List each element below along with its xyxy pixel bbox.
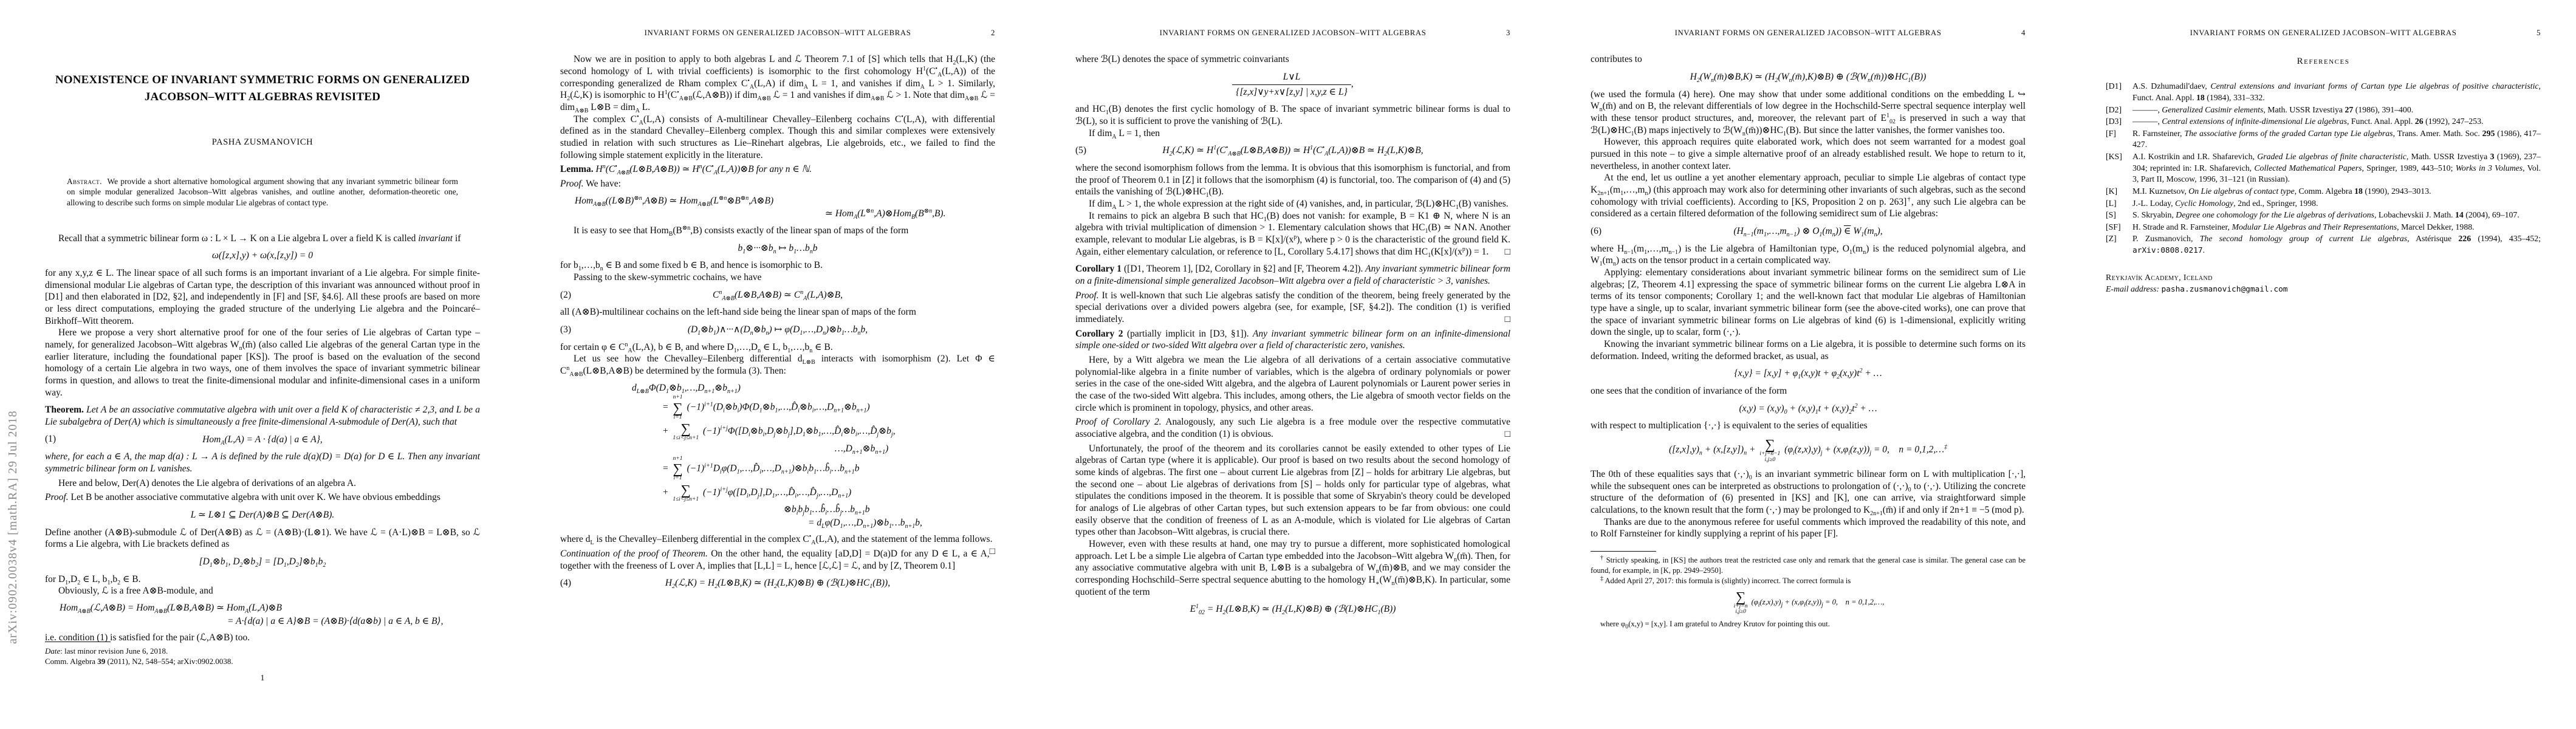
- page-number: 3: [1506, 28, 1510, 38]
- email-address: pasha.zusmanovich@gmail.com: [2161, 285, 2287, 294]
- corollary-1-label: Corollary 1: [1075, 264, 1122, 274]
- equation-line: = n+1∑i=1 (−1)i+1(Di⊗bi)Φ(D1⊗b1,…,D̂i⊗bi…: [560, 395, 995, 420]
- corollary-1-citation: ([D1, Theorem 1], [D2, Corollary in §2] …: [1124, 264, 1363, 274]
- reference-label: [L]: [2106, 198, 2132, 210]
- paragraph: Unfortunately, the proof of the theorem …: [1075, 443, 1510, 538]
- page-2-content: INVARIANT FORMS ON GENERALIZED JACOBSON–…: [560, 0, 995, 595]
- running-header-title: INVARIANT FORMS ON GENERALIZED JACOBSON–…: [1675, 29, 1942, 37]
- paragraph: Recall that a symmetric bilinear form ω …: [45, 233, 480, 245]
- paragraph: However, even with these results at hand…: [1075, 538, 1510, 598]
- page-3-content: INVARIANT FORMS ON GENERALIZED JACOBSON–…: [1075, 0, 1510, 621]
- page-1: arXiv:0902.0038v4 [math.RA] 29 Jul 2018 …: [0, 0, 515, 729]
- footnote-ddagger: ‡ Added April 27, 2017: this formula is …: [1591, 576, 2026, 586]
- equation-e02: E102 = H2(L⊗B,K) ≃ (H2(L,K)⊗B) ⊕ (ℬ(L)⊗H…: [1075, 603, 1510, 615]
- proof: Proof. Let B be another associative comm…: [45, 491, 480, 504]
- equation-1-formula: HomA(L,A) = A · {d(a) | a ∈ A},: [202, 434, 323, 445]
- paragraph: all (A⊗B)-multilinear cochains on the le…: [560, 306, 995, 318]
- paper-title: NONEXISTENCE OF INVARIANT SYMMETRIC FORM…: [45, 72, 480, 105]
- paragraph: Here we propose a very short alternative…: [45, 327, 480, 399]
- equation-embeddings: L ≃ L⊗1 ⊆ Der(A)⊗B ⊆ Der(A⊗B).: [45, 509, 480, 521]
- reference-label: [F]: [2106, 128, 2132, 151]
- equation-line: HomA⊗B(ℒ,A⊗B) = HomA⊗B(L⊗B,A⊗B) ≃ HomA(L…: [45, 602, 480, 614]
- equation-2-number: (2): [560, 289, 571, 301]
- footnote-dagger: † Strictly speaking, in [KS] the authors…: [1591, 555, 2026, 576]
- reference-text: M.I. Kuznetsov, On Lie algebras of conta…: [2132, 186, 2541, 197]
- references-list: [D1]A.S. Dzhumadil'daev, Central extensi…: [2106, 81, 2541, 256]
- equation-4-formula: H2(ℒ,K) = H2(L⊗B,K) ≃ (H2(L,K)⊗B) ⊕ (ℬ(L…: [665, 578, 890, 588]
- proof: Proof. It is well-known that such Lie al…: [1075, 290, 1510, 326]
- page-4-content: INVARIANT FORMS ON GENERALIZED JACOBSON–…: [1591, 0, 2026, 629]
- paragraph: Knowing the invariant symmetric bilinear…: [1591, 338, 2026, 362]
- equation-span-maps: b1⊗···⊗bn ↦ b1…bnb: [560, 242, 995, 255]
- page-number: 2: [991, 28, 995, 38]
- email-label: E-mail address:: [2106, 284, 2159, 293]
- equation-5-number: (5): [1075, 145, 1086, 157]
- equation-1: (1)HomA(L,A) = A · {d(a) | a ∈ A},: [45, 434, 480, 446]
- reference-text: A.I. Kostrikin and I.R. Shafarevich, Gra…: [2132, 151, 2541, 185]
- reference-label: [SF]: [2106, 222, 2132, 233]
- equation-line: = A·{d(a) | a ∈ A}⊗B = (A⊗B)·⟨d(a⊗b) | a…: [45, 615, 480, 628]
- page-4: INVARIANT FORMS ON GENERALIZED JACOBSON–…: [1546, 0, 2061, 729]
- footnote-text: where φ0(x,y) = [x,y]. I am grateful to …: [1591, 619, 2026, 629]
- page-number: 1: [45, 673, 480, 684]
- equation-3-number: (3): [560, 324, 571, 336]
- lemma-text: Hn(C•A⊗B(L⊗B,A⊗B)) ≃ Hn(C•A(L,A))⊗B for …: [596, 164, 812, 174]
- reference-item: [KS]A.I. Kostrikin and I.R. Shafarevich,…: [2106, 151, 2541, 185]
- proof-label: Proof.: [1075, 290, 1099, 301]
- paragraph: where the second isomorphism follows fro…: [1075, 162, 1510, 198]
- paragraph: If dimA L = 1, then: [1075, 128, 1510, 140]
- corollary-2-label: Corollary 2: [1075, 329, 1123, 339]
- equation-2-formula: CnA⊗B(L⊗B,A⊗B) ≃ CnA(L,A)⊗B,: [713, 290, 843, 300]
- equation-deformed-bracket: {x,y} = [x,y] + φ1(x,y)t + φ2(x,y)t2 + …: [1591, 368, 2026, 380]
- paragraph: At the end, let us outline a yet another…: [1591, 172, 2026, 220]
- equation-6-number: (6): [1591, 225, 1601, 238]
- lemma-label: Lemma.: [560, 164, 594, 174]
- reference-item: [SF]H. Strade and R. Farnsteiner, Modula…: [2106, 222, 2541, 233]
- reference-text: S. Skryabin, Degree one cohomology for t…: [2132, 210, 2541, 221]
- equation-form-series: (x,y) = (x,y)0 + (x,y)1t + (x,y)2t2 + …: [1591, 403, 2026, 415]
- paragraph: Applying: elementary considerations abou…: [1591, 267, 2026, 338]
- equation-3-formula: (D1⊗b1)∧···∧(Dn⊗bn) ↦ φ(D1,…,Dn)⊗b1…bnb,: [688, 324, 868, 335]
- paragraph: (we used the formula (4) here). One may …: [1591, 89, 2026, 137]
- proof-label: Proof.: [45, 492, 69, 502]
- page-2: INVARIANT FORMS ON GENERALIZED JACOBSON–…: [515, 0, 1030, 729]
- paragraph: one sees that the condition of invarianc…: [1591, 385, 2026, 397]
- footnote-rule: [1591, 551, 1656, 552]
- reference-text: ———, Central extensions of infinite-dime…: [2132, 116, 2541, 128]
- paragraph: for any x,y,z ∈ L. The linear space of a…: [45, 267, 480, 327]
- equation-line: + ∑1≤i<j≤n+1 (−1)i+jΦ([Di⊗bi,Dj⊗bj],D1⊗b…: [560, 422, 995, 442]
- proof-text: Let B be another associative commutative…: [70, 492, 440, 502]
- equation-5-formula: H2(ℒ,K) ≃ H1(C•A⊗B(L⊗B,A⊗B)) ≃ H1(C•A(L,…: [1162, 145, 1423, 156]
- proof: Proof of Corollary 2. Analogously, any s…: [1075, 416, 1510, 440]
- paragraph: It remains to pick an algebra B such tha…: [1075, 210, 1510, 258]
- paragraph: for b1,…,bn ∈ B and some fixed b ∈ B, an…: [560, 259, 995, 272]
- proof-text: It is well-known that such Lie algebras …: [1075, 290, 1510, 324]
- reference-label: [KS]: [2106, 151, 2132, 185]
- equation-bracket: [D1⊗b1, D2⊗b2] = [D1,D2]⊗b1b2: [45, 556, 480, 568]
- affiliation: Reykjavík Academy, Iceland: [2106, 272, 2541, 283]
- running-header-title: INVARIANT FORMS ON GENERALIZED JACOBSON–…: [645, 29, 911, 37]
- footnote-equation: ∑i+j=ni,j≥0 (φi(z,x),y)j + (x,φi(z,y))j …: [1591, 590, 2026, 615]
- equation-invariance: ω([z,x],y) + ω(x,[z,y]) = 0: [45, 250, 480, 262]
- theorem-continuation: where, for each a ∈ A, the map d(a) : L …: [45, 451, 480, 474]
- reference-item: [D3]———, Central extensions of infinite-…: [2106, 116, 2541, 128]
- paragraph: Now we are in position to apply to both …: [560, 53, 995, 113]
- paragraph: However, this approach requires quite el…: [1591, 136, 2026, 172]
- equation-4-number: (4): [560, 577, 571, 589]
- reference-item: [K]M.I. Kuznetsov, On Lie algebras of co…: [2106, 186, 2541, 197]
- proof-label: Proof of Corollary 2.: [1075, 417, 1162, 427]
- paragraph: Obviously, ℒ is a free A⊗B-module, and: [45, 585, 480, 597]
- equation-h2-wn: H2(Wn(m̄)⊗B,K) ≃ (H2(Wn(m̄),K)⊗B) ⊕ (ℬ(W…: [1591, 71, 2026, 83]
- reference-item: [D1]A.S. Dzhumadil'daev, Central extensi…: [2106, 81, 2541, 103]
- reference-text: R. Farnsteiner, The associative forms of…: [2132, 128, 2541, 151]
- page-4-footnotes: † Strictly speaking, in [KS] the authors…: [1591, 551, 2026, 629]
- running-header-title: INVARIANT FORMS ON GENERALIZED JACOBSON–…: [2190, 29, 2457, 37]
- equation-line: HomA⊗B((L⊗B)⊗n,A⊗B) ≃ HomA⊗B(L⊗n⊗B⊗n,A⊗B…: [560, 195, 995, 207]
- paragraph: Let us see how the Chevalley–Eilenberg d…: [560, 353, 995, 377]
- equation-line: = n+1∑i=1 (−1)i+1Diφ(D1,…,D̂i,…,Dn+1)⊗bi…: [560, 456, 995, 482]
- equation-hom-chain: HomA⊗B(ℒ,A⊗B) = HomA⊗B(L⊗B,A⊗B) ≃ HomA(L…: [45, 602, 480, 627]
- running-header: INVARIANT FORMS ON GENERALIZED JACOBSON–…: [1075, 28, 1510, 38]
- reference-item: [F]R. Farnsteiner, The associative forms…: [2106, 128, 2541, 151]
- reference-item: [S]S. Skryabin, Degree one cohomology fo…: [2106, 210, 2541, 221]
- paragraph: Here, by a Witt algebra we mean the Lie …: [1075, 354, 1510, 414]
- reference-label: [K]: [2106, 186, 2132, 197]
- corollary-1: Corollary 1 ([D1, Theorem 1], [D2, Corol…: [1075, 263, 1510, 287]
- reference-text: P. Zusmanovich, The second homology grou…: [2132, 233, 2541, 256]
- paragraph: The 0th of these equalities says that (·…: [1591, 468, 2026, 516]
- footnote-date: Date: last minor revision June 6, 2018.: [45, 646, 480, 657]
- reference-text: ———, Generalized Casimir elements, Math.…: [2132, 104, 2541, 116]
- corollary-2-citation: (partially implicit in [D3, §1]).: [1127, 329, 1249, 339]
- reference-item: [D2]———, Generalized Casimir elements, M…: [2106, 104, 2541, 116]
- abstract-text: We provide a short alternative homologic…: [67, 177, 458, 207]
- theorem-text: Let A be an associative commutative alge…: [45, 405, 480, 427]
- page-1-content: NONEXISTENCE OF INVARIANT SYMMETRIC FORM…: [45, 0, 480, 644]
- equation-line: ≃ HomA(L⊗n,A)⊗HomB(B⊗n,B).: [560, 208, 995, 220]
- paragraph: where ℬ(L) denotes the space of symmetri…: [1075, 53, 1510, 66]
- lemma: Lemma. Hn(C•A⊗B(L⊗B,A⊗B)) ≃ Hn(C•A(L,A))…: [560, 163, 995, 176]
- paragraph: contributes to: [1591, 53, 2026, 66]
- proof-continuation: Continuation of the proof of Theorem. On…: [560, 548, 995, 572]
- theorem-label: Theorem.: [45, 405, 84, 415]
- paper-author: PASHA ZUSMANOVICH: [45, 137, 480, 148]
- paragraph: The complex C•A(L,A) consists of A-multi…: [560, 114, 995, 162]
- equation-line: dL⊗BΦ(D1⊗b1,…,Dn+1⊗bn+1): [560, 382, 995, 394]
- reference-label: [Z]: [2106, 233, 2132, 256]
- paper-spread: arXiv:0902.0038v4 [math.RA] 29 Jul 2018 …: [0, 0, 2576, 729]
- paragraph: Passing to the skew-symmetric cochains, …: [560, 272, 995, 284]
- paragraph: with respect to multiplication {·,·} is …: [1591, 420, 2026, 432]
- proof-text: We have:: [586, 179, 621, 189]
- paragraph: Here and below, Der(A) denotes the Lie a…: [45, 477, 480, 490]
- equation-6-formula: (Hn−1(m1,…,mn−1) ⊗ O1(mn)) ∈ W1(mn),: [1733, 226, 1882, 236]
- paragraph: Define another (A⊗B)-submodule ℒ of Der(…: [45, 527, 480, 550]
- paragraph: If dimA L > 1, the whole expression at t…: [1075, 198, 1510, 210]
- running-header: INVARIANT FORMS ON GENERALIZED JACOBSON–…: [1591, 28, 2026, 38]
- corollary-2: Corollary 2 (partially implicit in [D3, …: [1075, 328, 1510, 352]
- equation-6: (6)(Hn−1(m1,…,mn−1) ⊗ O1(mn)) ∈ W1(mn),: [1591, 225, 2026, 238]
- equation-differential-derivation: dL⊗BΦ(D1⊗b1,…,Dn+1⊗bn+1) = n+1∑i=1 (−1)i…: [560, 382, 995, 529]
- paragraph: for certain φ ∈ CnA(L,A), b ∈ B, and whe…: [560, 341, 995, 354]
- theorem: Theorem. Let A be an associative commuta…: [45, 404, 480, 428]
- equation-1-number: (1): [45, 434, 56, 446]
- arxiv-sidebar-label: arXiv:0902.0038v4 [math.RA] 29 Jul 2018: [6, 267, 20, 644]
- paragraph: where dL is the Chevalley–Eilenberg diff…: [560, 533, 995, 546]
- email-row: E-mail address: pasha.zusmanovich@gmail.…: [2106, 284, 2541, 295]
- reference-item: [L]J.-L. Loday, Cyclic Homology, 2nd ed.…: [2106, 198, 2541, 210]
- reference-label: [D1]: [2106, 81, 2132, 103]
- page-1-footnote: Date: last minor revision June 6, 2018. …: [45, 642, 480, 684]
- running-header: INVARIANT FORMS ON GENERALIZED JACOBSON–…: [560, 28, 995, 38]
- paragraph: where Hn−1(m1,…,mn−1) is the Lie algebra…: [1591, 243, 2026, 267]
- proof-label: Continuation of the proof of Theorem.: [560, 549, 708, 559]
- reference-label: [D3]: [2106, 116, 2132, 128]
- reference-item: [Z]P. Zusmanovich, The second homology g…: [2106, 233, 2541, 256]
- equation-line: …,Dn+1⊗bn+1): [560, 443, 995, 455]
- equation-line: + ∑1≤i<j≤n+1 (−1)i+jφ([Di,Dj],D1,…,D̂i,……: [560, 483, 995, 503]
- address-block: Reykjavík Academy, Iceland E-mail addres…: [2106, 272, 2541, 295]
- reference-label: [D2]: [2106, 104, 2132, 116]
- proof: Proof. We have:: [560, 178, 995, 190]
- page-3: INVARIANT FORMS ON GENERALIZED JACOBSON–…: [1030, 0, 1546, 729]
- equation-4: (4)H2(ℒ,K) = H2(L⊗B,K) ≃ (H2(L,K)⊗B) ⊕ (…: [560, 577, 995, 589]
- equation-2: (2)CnA⊗B(L⊗B,A⊗B) ≃ CnA(L,A)⊗B,: [560, 289, 995, 301]
- equation-5: (5)H2(ℒ,K) ≃ H1(C•A⊗B(L⊗B,A⊗B)) ≃ H1(C•A…: [1075, 145, 1510, 157]
- footnote-rule: [45, 642, 111, 642]
- reference-text: A.S. Dzhumadil'daev, Central extensions …: [2132, 81, 2541, 103]
- reference-text: J.-L. Loday, Cyclic Homology, 2nd ed., S…: [2132, 198, 2541, 210]
- page-number: 4: [2021, 28, 2026, 38]
- footnote-journal: Comm. Algebra 39 (2011), N2, 548–554; ar…: [45, 657, 480, 667]
- page-5: INVARIANT FORMS ON GENERALIZED JACOBSON–…: [2061, 0, 2576, 729]
- reference-text: H. Strade and R. Farnsteiner, Modular Li…: [2132, 222, 2541, 233]
- equation-line: = dLφ(D1,…,Dn+1)⊗b1…bn+1b,: [560, 517, 995, 529]
- page-number: 5: [2537, 28, 2541, 38]
- equation-3: (3)(D1⊗b1)∧···∧(Dn⊗bn) ↦ φ(D1,…,Dn)⊗b1…b…: [560, 324, 995, 336]
- equation-equalities-series: ([z,x],y)n + (x,[z,y])n + ∑i+j=n−1i,j≥0 …: [1591, 437, 2026, 463]
- proof-label: Proof.: [560, 179, 584, 189]
- paragraph: Thanks are due to the anonymous referee …: [1591, 516, 2026, 540]
- equation-hom-tensor: HomA⊗B((L⊗B)⊗n,A⊗B) ≃ HomA⊗B(L⊗n⊗B⊗n,A⊗B…: [560, 195, 995, 220]
- abstract: Abstract. We provide a short alternative…: [67, 176, 458, 208]
- paragraph: for D1,D2 ∈ L, b1,b2 ∈ B.: [45, 573, 480, 586]
- paragraph: It is easy to see that HomB(B⊗n,B) consi…: [560, 225, 995, 237]
- abstract-label: Abstract.: [67, 177, 102, 186]
- paragraph: and HC1(B) denotes the first cyclic homo…: [1075, 103, 1510, 127]
- equation-coinvariants: L∨L{[z,x]∨y+x∨[z,y] | x,y,z ∈ L},: [1075, 71, 1510, 98]
- references-heading: References: [2106, 56, 2541, 67]
- running-header-title: INVARIANT FORMS ON GENERALIZED JACOBSON–…: [1160, 29, 1427, 37]
- running-header: INVARIANT FORMS ON GENERALIZED JACOBSON–…: [2106, 28, 2541, 38]
- reference-label: [S]: [2106, 210, 2132, 221]
- page-5-content: INVARIANT FORMS ON GENERALIZED JACOBSON–…: [2106, 0, 2541, 295]
- equation-line: ⊗bibjb1…b̂i…b̂j…bn+1b: [560, 504, 995, 516]
